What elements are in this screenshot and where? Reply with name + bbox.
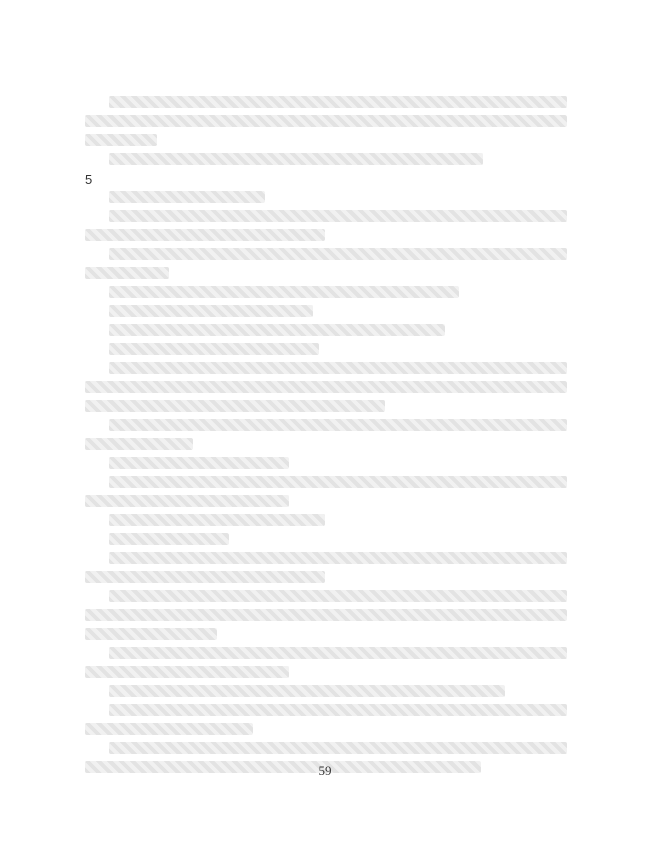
redacted-text-line — [85, 609, 567, 621]
redacted-text-line — [109, 362, 567, 374]
redacted-text-line — [85, 628, 217, 640]
redacted-text-line — [85, 115, 567, 127]
redacted-text-line — [85, 723, 253, 735]
redacted-text-line — [109, 704, 567, 716]
redacted-text-line — [109, 343, 319, 355]
redacted-text-line — [85, 666, 289, 678]
redacted-text-line — [85, 229, 325, 241]
redacted-text-line — [85, 495, 289, 507]
redacted-text-line — [109, 457, 289, 469]
section-number: 5 — [85, 172, 92, 187]
redacted-text-line — [109, 533, 229, 545]
redacted-text-line — [109, 210, 567, 222]
redacted-text-line — [85, 400, 385, 412]
redacted-text-line — [85, 134, 157, 146]
redacted-text-line — [85, 381, 567, 393]
redacted-text-line — [109, 153, 483, 165]
redacted-text-line — [85, 438, 193, 450]
redacted-text-line — [109, 552, 567, 564]
redacted-text-line — [109, 191, 265, 203]
redacted-text-line — [109, 248, 567, 260]
redacted-text-line — [109, 685, 505, 697]
document-page: 5 59 Body text redacted: the source page… — [0, 0, 650, 850]
redacted-text-line — [109, 742, 567, 754]
redacted-text-line — [109, 476, 567, 488]
redacted-text-line — [109, 96, 567, 108]
redacted-text-line — [109, 305, 313, 317]
redacted-text-line — [109, 419, 567, 431]
redacted-text-line — [85, 571, 325, 583]
redacted-text-line — [109, 514, 325, 526]
redacted-text-line — [109, 590, 567, 602]
redacted-text-line — [109, 647, 567, 659]
redacted-text-line — [109, 286, 459, 298]
redacted-text-line — [85, 267, 169, 279]
page-number: 59 — [0, 763, 650, 779]
redacted-text-line — [109, 324, 445, 336]
